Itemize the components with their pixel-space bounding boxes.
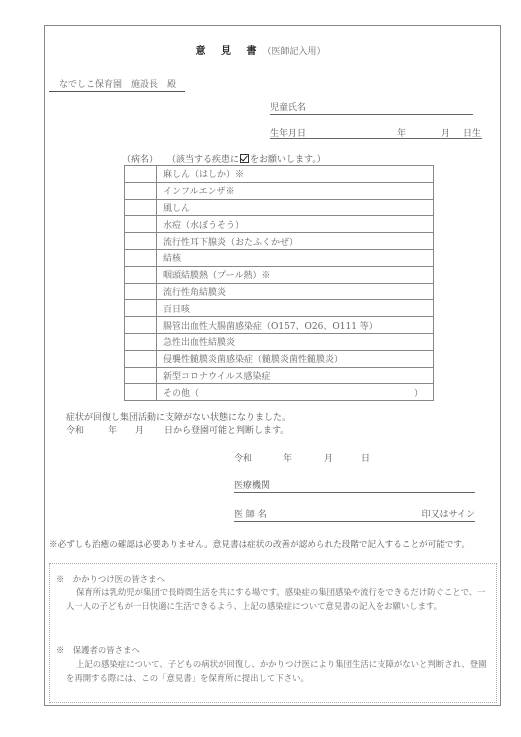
doctor-name-field[interactable]: 医 師 名 印又はサイン	[234, 507, 475, 522]
disease-name: 麻しん（はしか）※	[157, 166, 434, 183]
addressee: なでしこ保育園 施設長 殿	[49, 77, 185, 92]
doctor-notes-text: 保育所は乳幼児が集団で長時間生活を共にする場です。感染症の集団感染や流行をできる…	[66, 586, 491, 613]
title-sub: （医師記入用）	[262, 47, 325, 57]
instruction-text-post: をお願いします。）	[250, 155, 326, 165]
disease-checkbox[interactable]	[125, 317, 157, 334]
disease-name: 百日咳	[157, 300, 434, 317]
disease-checkbox[interactable]	[125, 199, 157, 216]
disease-row: 百日咳	[125, 300, 434, 317]
statement-year: 年	[108, 425, 135, 438]
disease-row: 侵襲性髄膜炎菌感染症（髄膜炎菌性髄膜炎）	[125, 350, 434, 367]
disease-name: 風しん	[157, 199, 434, 216]
disease-name: 流行性耳下腺炎（おたふくかぜ）	[157, 233, 434, 250]
disease-row: 急性出血性結膜炎	[125, 333, 434, 350]
notes-box: ※ かかりつけ医の皆さまへ 保育所は乳幼児が集団で長時間生活を共にする場です。感…	[49, 563, 497, 703]
medical-institution-field[interactable]: 医療機関	[234, 478, 475, 493]
disease-table: 麻しん（はしか）※ インフルエンザ※ 風しん 水痘（水ぼうそう） 流行性耳下腺炎…	[124, 165, 434, 401]
disease-name: 咽頭結膜熱（プール熱）※	[157, 266, 434, 283]
statement-tail: 日から登園可能と判断します。	[164, 425, 289, 438]
disease-row: 水痘（水ぼうそう）	[125, 216, 434, 233]
disease-row: 咽頭結膜熱（プール熱）※	[125, 266, 434, 283]
disease-checkbox[interactable]	[125, 300, 157, 317]
document-title: 意 見 書（医師記入用）	[0, 42, 521, 57]
doctor-notes-heading: ※ かかりつけ医の皆さまへ	[56, 573, 165, 585]
sign-month: 月	[324, 451, 333, 464]
disease-row: 風しん	[125, 199, 434, 216]
disease-name: 水痘（水ぼうそう）	[157, 216, 434, 233]
disease-row: 新型コロナウイルス感染症	[125, 367, 434, 384]
disease-name: 流行性角結膜炎	[157, 283, 434, 300]
disease-checkbox[interactable]	[125, 350, 157, 367]
birthdate-year-label: 年	[397, 126, 406, 139]
disease-row-other: その他（）	[125, 384, 434, 401]
statement-era: 令和	[66, 425, 108, 438]
title-main: 意 見 書	[196, 46, 263, 57]
other-label: その他（	[163, 389, 199, 399]
sign-day: 日	[361, 451, 370, 464]
disease-row: 流行性耳下腺炎（おたふくかぜ）	[125, 233, 434, 250]
disease-row: 流行性角結膜炎	[125, 283, 434, 300]
institution-label: 医療機関	[234, 481, 270, 491]
disease-section-label: （病名）	[122, 152, 158, 165]
disease-checkbox[interactable]	[125, 367, 157, 384]
footnote: ※必ずしも治癒の確認は必要ありません。意見書は症状の改善が認められた段階で記入す…	[49, 538, 470, 550]
doctor-label: 医 師 名	[234, 510, 267, 520]
other-close-paren: ）	[414, 386, 423, 399]
disease-checkbox[interactable]	[125, 233, 157, 250]
birthdate-day-label: 日生	[463, 126, 481, 139]
birthdate-month-label: 月	[441, 126, 450, 139]
child-name-label: 児童氏名	[270, 103, 306, 113]
signature-date[interactable]: 令和 年 月 日	[234, 451, 394, 462]
statement-month: 月	[135, 425, 164, 438]
seal-or-signature-label: 印又はサイン	[422, 507, 475, 520]
disease-instruction: （該当する疾患にをお願いします。）	[167, 152, 326, 165]
instruction-text-pre: （該当する疾患に	[167, 155, 239, 165]
disease-checkbox[interactable]	[125, 166, 157, 183]
disease-name: 腸管出血性大腸菌感染症（O157、O26、O111 等）	[157, 317, 434, 334]
disease-checkbox[interactable]	[125, 249, 157, 266]
disease-checkbox[interactable]	[125, 283, 157, 300]
disease-checkbox[interactable]	[125, 384, 157, 401]
guardian-notes-text: 上記の感染症について、子どもの病状が回復し、かかりつけ医により集団生活に支障がな…	[66, 658, 491, 685]
sign-era: 令和	[234, 451, 252, 464]
disease-name: 結核	[157, 249, 434, 266]
disease-name: インフルエンザ※	[157, 182, 434, 199]
disease-row: 結核	[125, 249, 434, 266]
checkmark-icon	[240, 154, 249, 163]
disease-row: インフルエンザ※	[125, 182, 434, 199]
disease-name-other[interactable]: その他（）	[157, 384, 434, 401]
child-name-field[interactable]: 児童氏名	[270, 100, 473, 115]
disease-checkbox[interactable]	[125, 266, 157, 283]
disease-name: 侵襲性髄膜炎菌感染症（髄膜炎菌性髄膜炎）	[157, 350, 434, 367]
birthdate-label: 生年月日	[270, 126, 306, 139]
disease-checkbox[interactable]	[125, 333, 157, 350]
birthdate-field[interactable]: 生年月日 年 月 日生	[270, 126, 482, 139]
disease-checkbox[interactable]	[125, 216, 157, 233]
disease-row: 麻しん（はしか）※	[125, 166, 434, 183]
guardian-notes-heading: ※ 保護者の皆さまへ	[56, 644, 140, 656]
disease-row: 腸管出血性大腸菌感染症（O157、O26、O111 等）	[125, 317, 434, 334]
disease-name: 新型コロナウイルス感染症	[157, 367, 434, 384]
statement-line1: 症状が回復し集団活動に支障がない状態になりました。	[66, 412, 291, 425]
statement-line2: 令和年月日から登園可能と判断します。	[66, 425, 291, 438]
disease-name: 急性出血性結膜炎	[157, 333, 434, 350]
disease-checkbox[interactable]	[125, 182, 157, 199]
sign-year: 年	[283, 451, 292, 464]
recovery-statement: 症状が回復し集団活動に支障がない状態になりました。 令和年月日から登園可能と判断…	[66, 412, 291, 438]
